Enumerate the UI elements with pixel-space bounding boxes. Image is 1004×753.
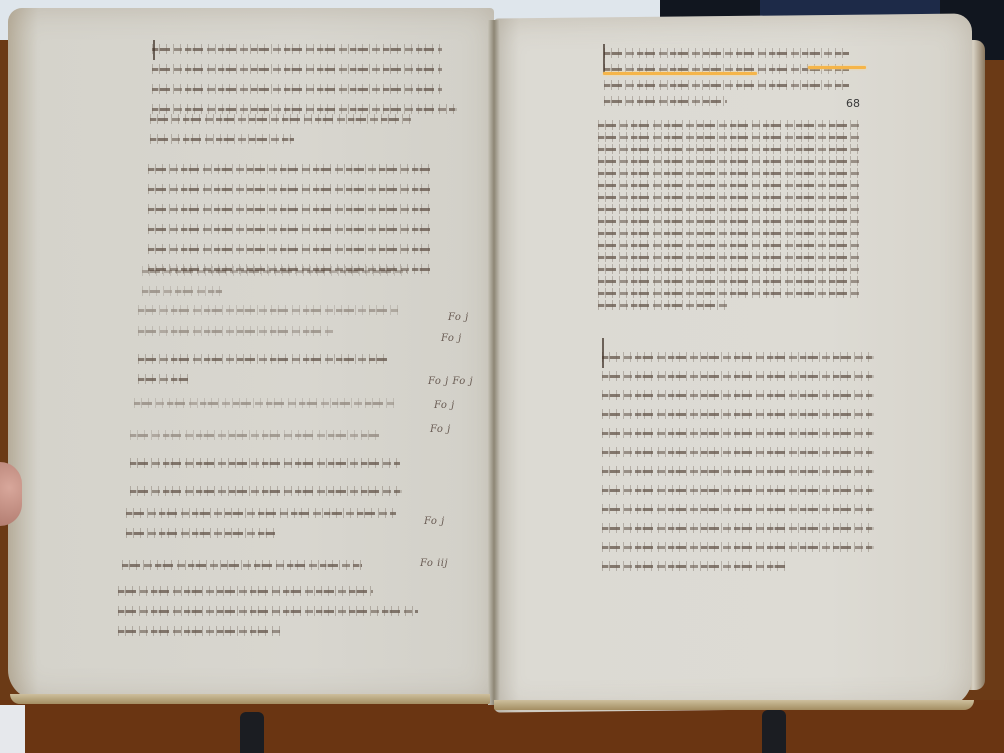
highlight-mark: short orange mark at right of line 1-2	[808, 66, 866, 69]
left-entry-13: Entry 13 (1 line)	[122, 564, 362, 584]
left-entry-2: Entry 2 (2 lines)	[150, 118, 412, 158]
left-entry-11: Entry 11 (1 line)	[130, 490, 402, 510]
left-entry-10: Entry 10 (1 line)	[130, 462, 400, 482]
marginal-note: Fo j Fo j	[428, 376, 473, 387]
marginal-note: Fo j	[434, 400, 455, 411]
right-entry-c: Entry C (12 lines)	[602, 356, 874, 585]
left-entry-12: Entry 12 (2 lines)	[126, 512, 396, 552]
marginal-note: Fo iij	[420, 558, 448, 569]
book-clip-left	[240, 712, 264, 753]
left-page-bottom-edge	[10, 694, 490, 704]
marginal-note: Fo j	[430, 424, 451, 435]
marginal-note: Fo j	[441, 333, 462, 344]
left-entry-9: Entry 9 (1 line)	[130, 434, 380, 454]
book-gutter	[488, 20, 500, 705]
marginal-note: Fo j	[424, 516, 445, 527]
book-clip-right	[762, 710, 786, 753]
right-entry-b: Entry B (16 lines)	[598, 124, 860, 316]
right-entry-a: Entry A (4 lines, partly highlighted)	[604, 52, 849, 120]
right-page-bottom-edge	[494, 700, 974, 710]
left-entry-4: Entry 4 (2 lines)	[142, 270, 407, 310]
left-entry-8: Entry 8 (1 line)	[134, 402, 394, 422]
marginal-note: Fo j	[448, 312, 469, 323]
background-corner	[0, 705, 25, 753]
left-entry-6: Entry 6 (1 line)	[138, 330, 418, 350]
highlight-mark: orange underline across line 2	[603, 72, 757, 75]
left-entry-7: Entry 7 (2 lines)	[138, 358, 388, 398]
left-entry-14: Entry 14 (3 lines)	[118, 590, 418, 650]
initial-stroke	[153, 40, 155, 60]
